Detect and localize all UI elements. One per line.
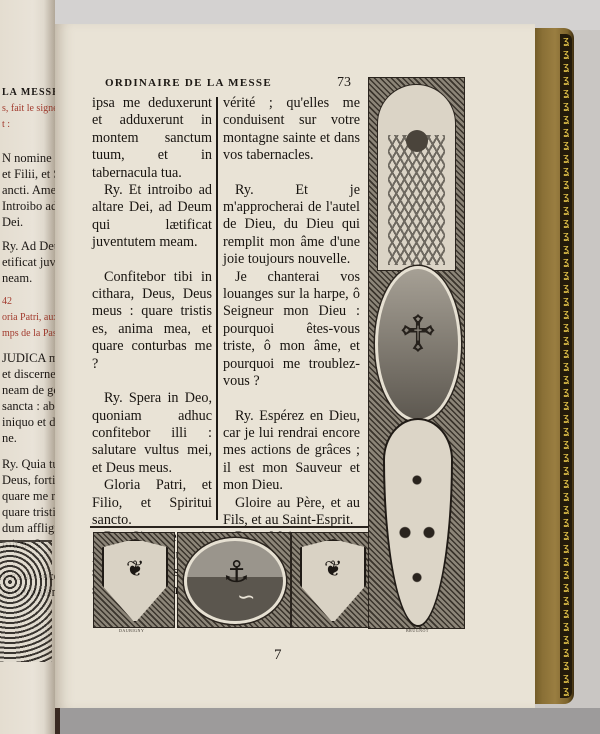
paragraph: Ry. Et je m'approcherai de l'autel de Di… <box>223 182 360 269</box>
left-page-line: ne. <box>2 430 17 446</box>
left-page-line: neam. <box>2 270 32 286</box>
paragraph: ipsa me deduxerunt et adduxerunt in mont… <box>92 95 212 182</box>
paragraph: Gloire au Père, et au Fils, et au Saint-… <box>223 495 360 530</box>
shield-bird-left-engraving: ❦ <box>93 532 175 628</box>
flower-icon <box>406 130 428 152</box>
paragraph: Ry. Espérez en Dieu, car je lui rendrai … <box>223 408 360 495</box>
shield-bird-right-engraving: ❦ <box>291 532 371 628</box>
foliage-arch <box>377 84 456 271</box>
bird-icon: ❦ <box>324 557 342 582</box>
paragraph: Ry. Et introibo ad altare Dei, ad Deum q… <box>92 182 212 252</box>
latin-column: ipsa me deduxerunt et adduxerunt in mont… <box>92 95 212 599</box>
gilt-tooling-border: ʓʓʓʓʓʓʓʓʓʓʓʓʓʓʓʓʓʓʓʓʓʓʓʓʓʓʓʓʓʓʓʓʓʓʓʓʓʓʓʓ… <box>560 34 572 698</box>
page-number: 73 <box>337 75 351 91</box>
left-page-line: Dei. <box>2 214 23 230</box>
paragraph: Confitebor tibi in cithara, Deus, Deus m… <box>92 269 212 373</box>
text-bottom-rule <box>90 526 368 528</box>
left-page-line: 42 <box>2 294 12 310</box>
dolphin-icon: ∽ <box>237 585 255 610</box>
running-title: ORDINAIRE DE LA MESSE <box>105 77 272 89</box>
folio-signature: 7 <box>274 647 282 664</box>
engraver-signature-right: BRUGNOT <box>406 628 429 633</box>
engraver-signature-left: DAUBIGNY <box>119 628 144 633</box>
bird-icon: ❦ <box>126 557 144 582</box>
paragraph: Ry. Spera in Deo, quoniam adhuc confiteb… <box>92 390 212 477</box>
table-surface <box>50 708 600 734</box>
christ-medallion: ♱ <box>375 266 461 422</box>
paragraph: Gloria Patri, et Filio, et Spiritui sanc… <box>92 477 212 529</box>
paragraph: Je chanterai vos louanges sur la harpe, … <box>223 269 360 391</box>
left-page: LA MESSE s, fait le signe det :N nomine … <box>0 0 55 734</box>
gutter-shadow <box>44 0 55 734</box>
figure-icon: ♱ <box>398 305 438 365</box>
column-divider <box>216 97 218 520</box>
tall-border-engraving: ♱ <box>368 77 465 629</box>
paragraph: vérité ; qu'elles me conduisent sur votr… <box>223 95 360 165</box>
anchor-dolphin-engraving: ⚓ ∽ <box>177 532 291 628</box>
left-page-line: t : <box>2 117 10 133</box>
